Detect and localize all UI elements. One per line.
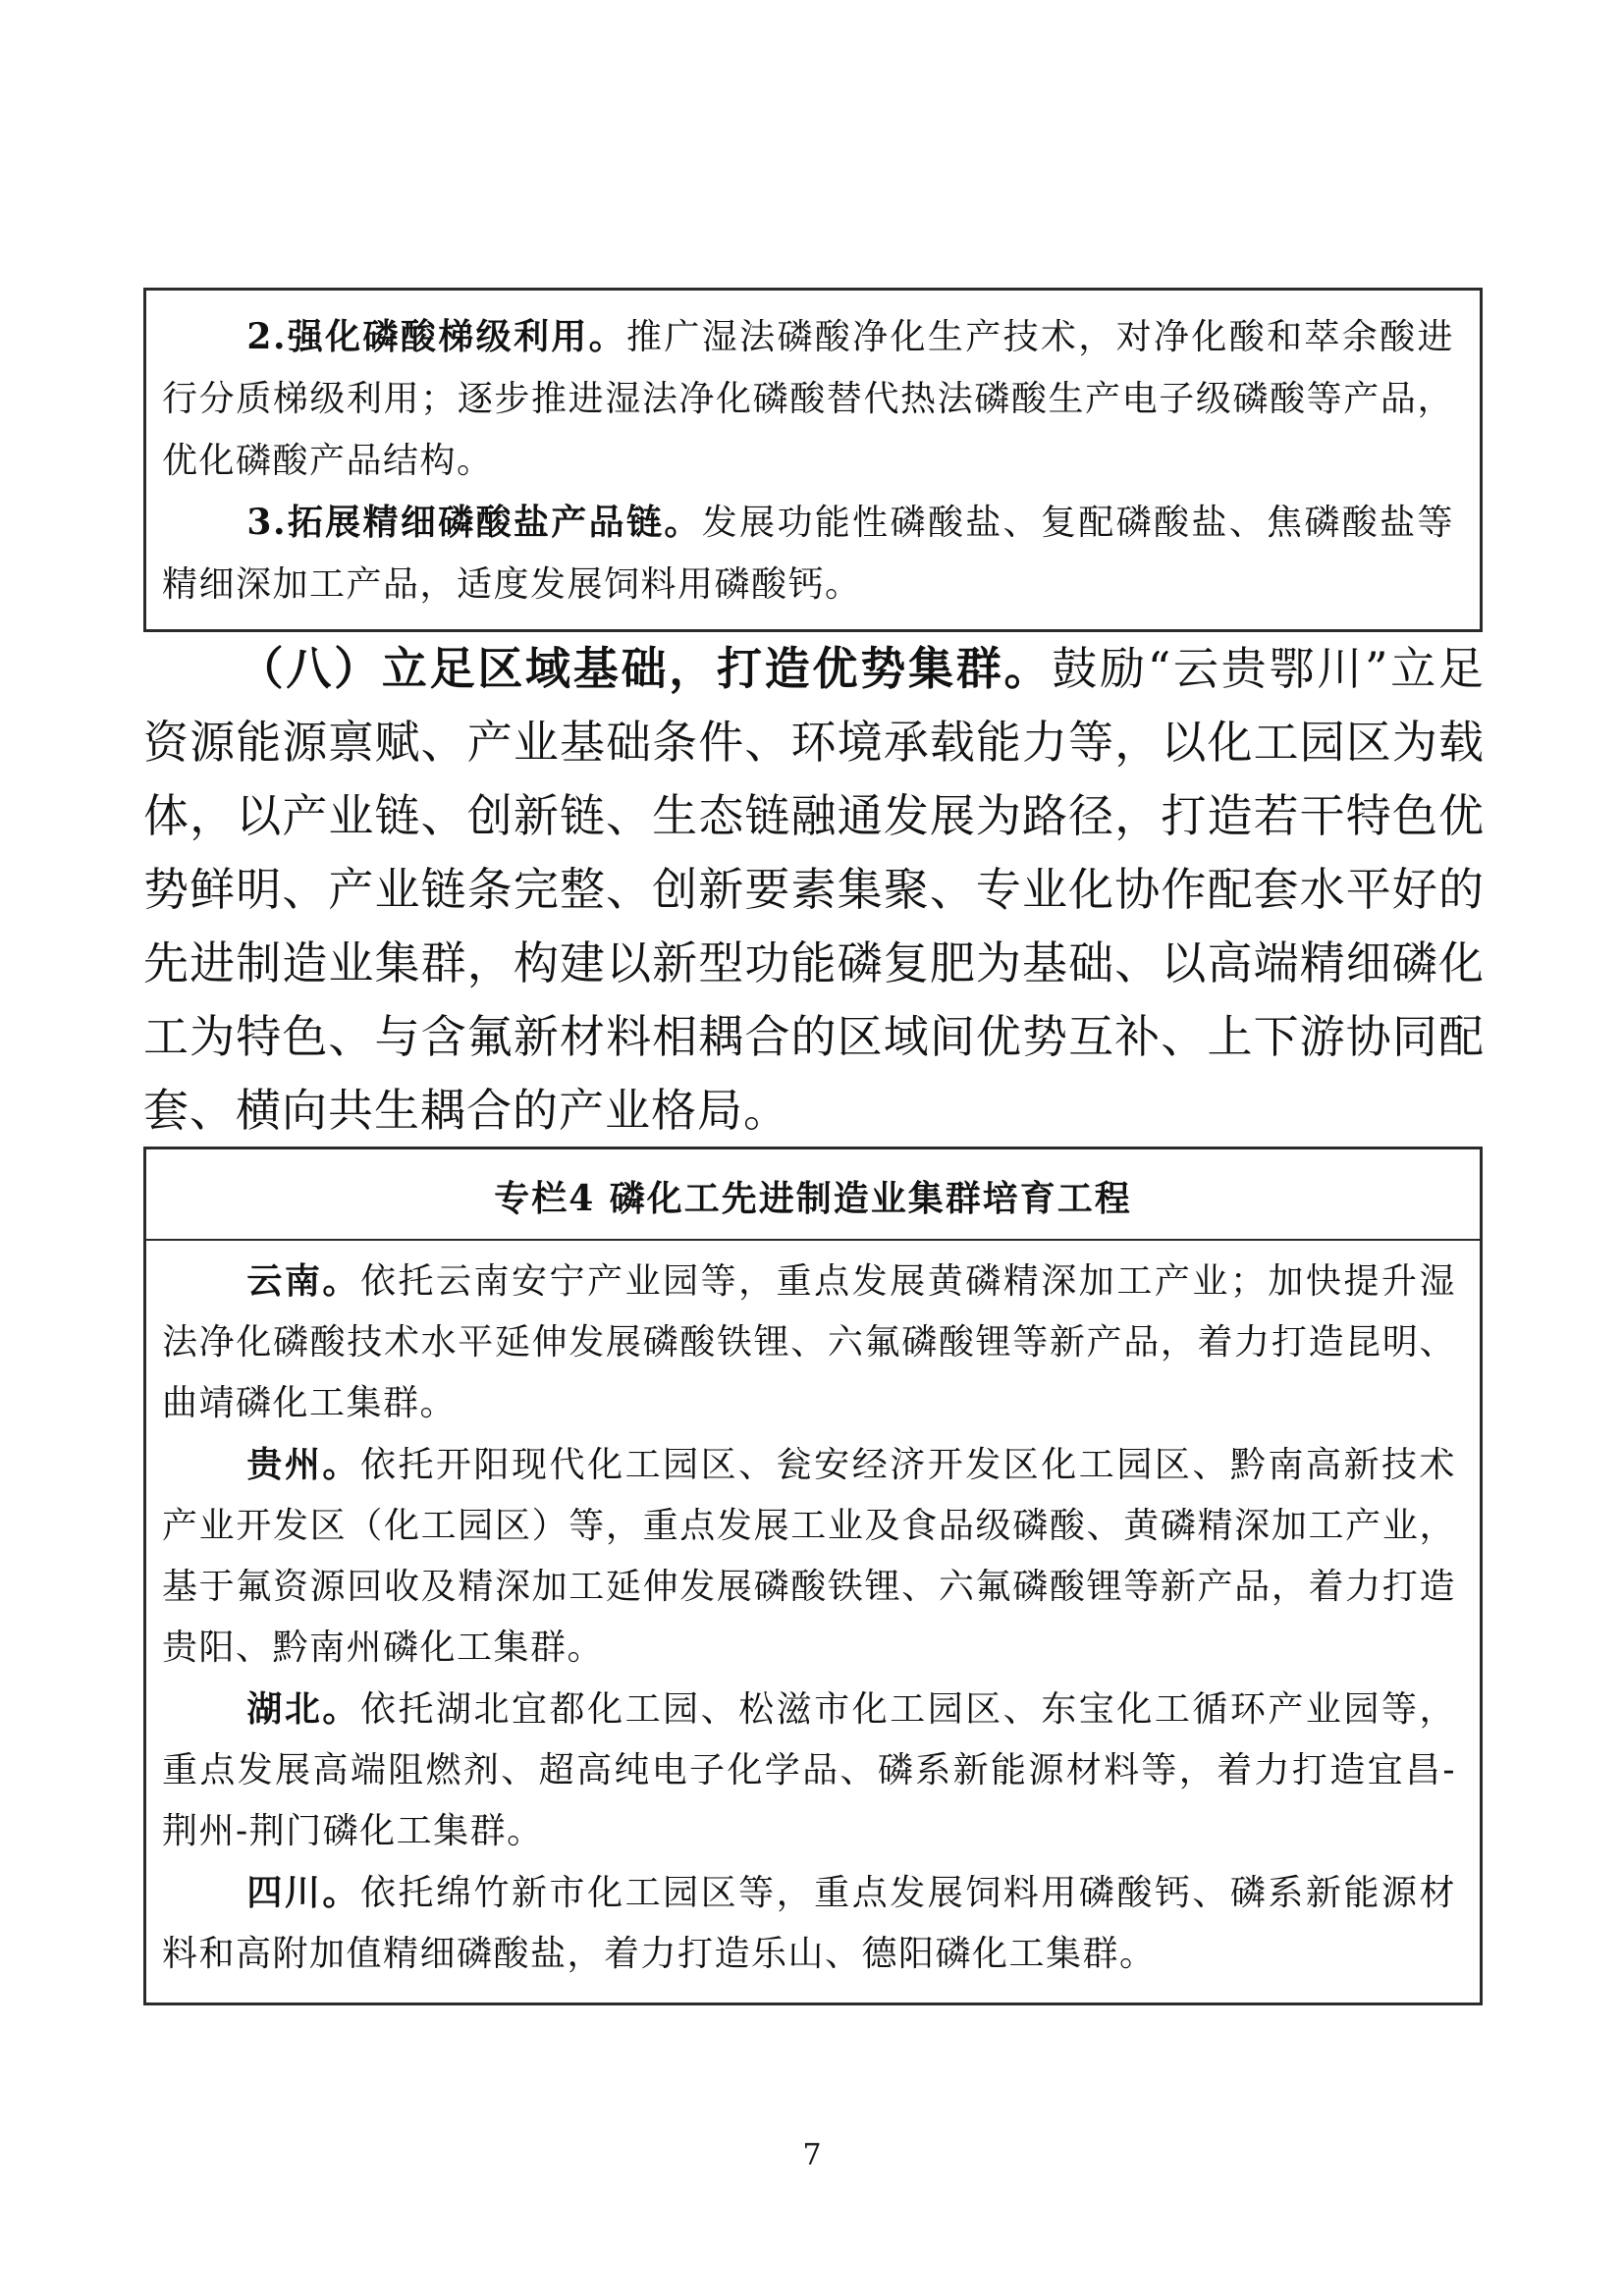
callout-box-measures-content: 2.强化磷酸梯级利用。推广湿法磷酸净化生产技术，对净化酸和萃余酸进行分质梯级利用… <box>146 291 1480 629</box>
column-4-body: 云南。依托云南安宁产业园等，重点发展黄磷精深加工产业；加快提升湿法净化磷酸技术水… <box>146 1241 1480 2002</box>
cluster-yunnan-label: 云南。 <box>246 1260 360 1302</box>
cluster-entry-yunnan: 云南。依托云南安宁产业园等，重点发展黄磷精深加工产业；加快提升湿法净化磷酸技术水… <box>162 1251 1456 1434</box>
measure-paragraph-2: 2.强化磷酸梯级利用。推广湿法磷酸净化生产技术，对净化酸和萃余酸进行分质梯级利用… <box>162 306 1454 492</box>
section-8-heading: （八）立足区域基础，打造优势集群。 <box>239 642 1053 695</box>
cluster-sichuan-label: 四川。 <box>246 1872 360 1913</box>
section-8-paragraph: （八）立足区域基础，打造优势集群。鼓励“云贵鄂川”立足资源能源禀赋、产业基础条件… <box>143 632 1485 1148</box>
column-4-title: 专栏4 磷化工先进制造业集群培育工程 <box>146 1149 1480 1241</box>
measure-paragraph-3: 3.拓展精细磷酸盐产品链。发展功能性磷酸盐、复配磷酸盐、焦磷酸盐等精细深加工产品… <box>162 492 1454 615</box>
measure-2-lead: 2.强化磷酸梯级利用。 <box>246 316 626 357</box>
measure-3-lead: 3.拓展精细磷酸盐产品链。 <box>246 502 701 543</box>
cluster-entry-guizhou: 贵州。依托开阳现代化工园区、瓮安经济开发区化工园区、黔南高新技术产业开发区（化工… <box>162 1434 1456 1679</box>
cluster-entry-hubei: 湖北。依托湖北宜都化工园、松滋市化工园区、东宝化工循环产业园等，重点发展高端阻燃… <box>162 1679 1456 1862</box>
callout-box-clusters: 专栏4 磷化工先进制造业集群培育工程 云南。依托云南安宁产业园等，重点发展黄磷精… <box>143 1147 1483 2005</box>
section-8-body: 鼓励“云贵鄂川”立足资源能源禀赋、产业基础条件、环境承载能力等，以化工园区为载体… <box>143 642 1485 1137</box>
callout-box-measures: 2.强化磷酸梯级利用。推广湿法磷酸净化生产技术，对净化酸和萃余酸进行分质梯级利用… <box>143 288 1483 632</box>
page-number: 7 <box>0 2138 1624 2172</box>
cluster-entry-sichuan: 四川。依托绵竹新市化工园区等，重点发展饲料用磷酸钙、磷系新能源材料和高附加值精细… <box>162 1862 1456 1985</box>
cluster-guizhou-label: 贵州。 <box>246 1444 360 1485</box>
cluster-hubei-label: 湖北。 <box>246 1688 360 1730</box>
document-page: 2.强化磷酸梯级利用。推广湿法磷酸净化生产技术，对净化酸和萃余酸进行分质梯级利用… <box>0 0 1624 2296</box>
